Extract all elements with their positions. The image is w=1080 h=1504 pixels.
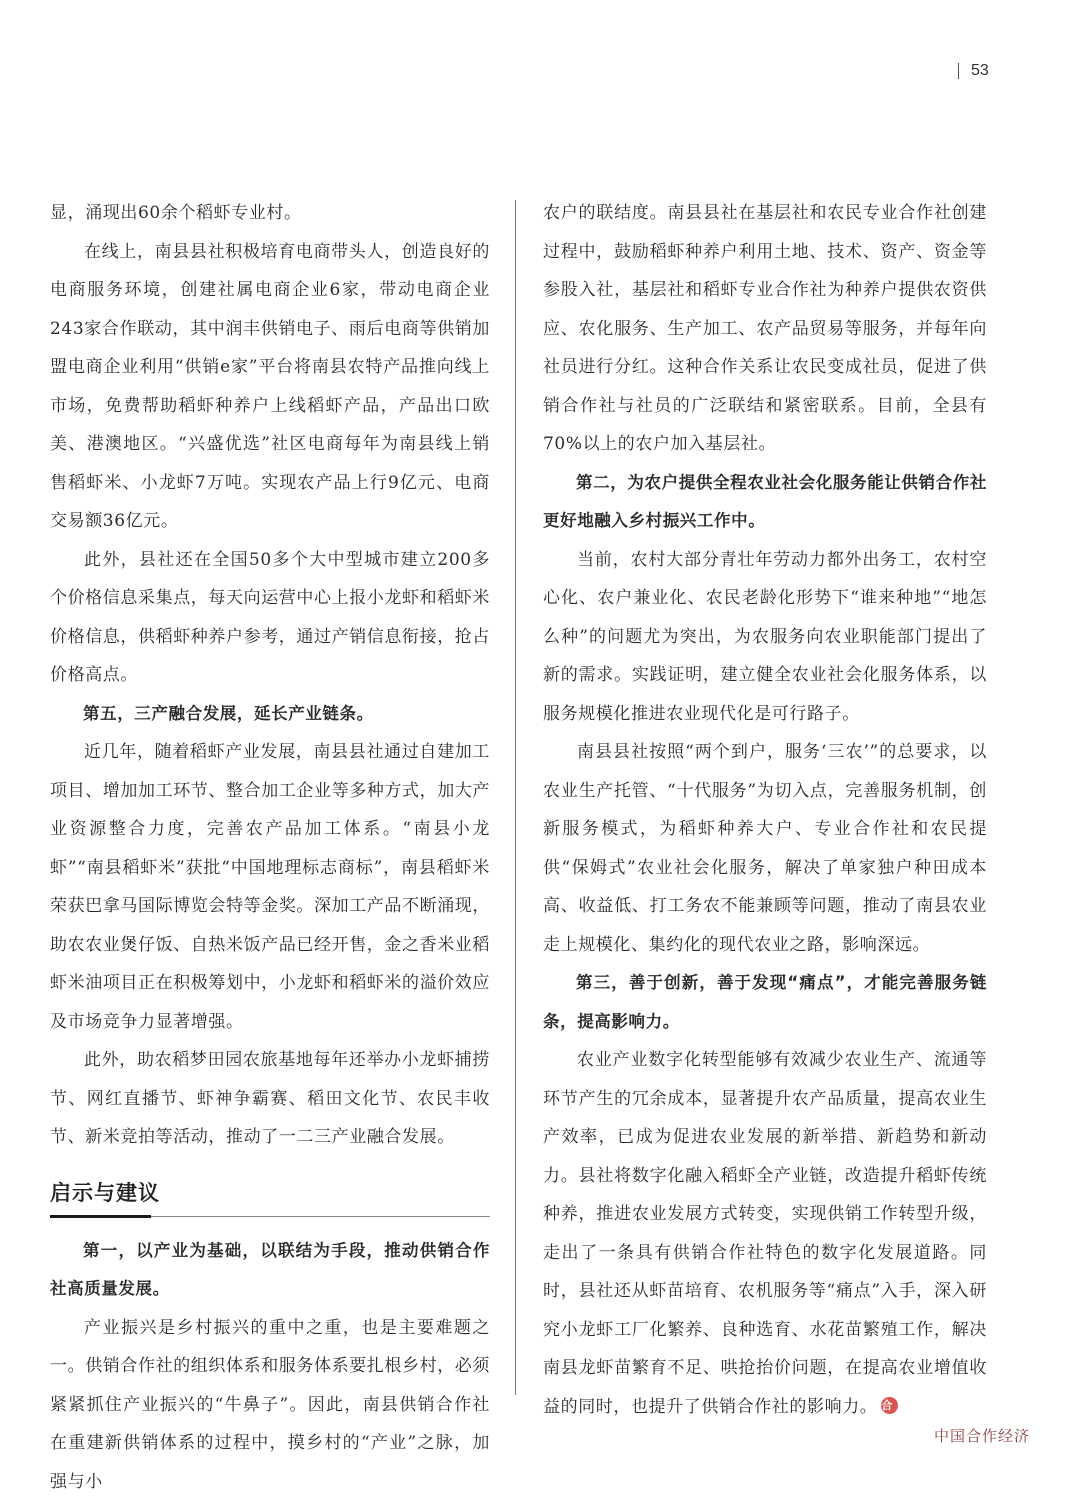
subheading: 第一，以产业为基础，以联结为手段，推动供销合作社高质量发展。	[50, 1232, 490, 1309]
paragraph: 此外，县社还在全国50多个大中型城市建立200多个价格信息采集点，每天向运营中心…	[50, 541, 490, 695]
paragraph: 近几年，随着稻虾产业发展，南县县社通过自建加工项目、增加加工环节、整合加工企业等…	[50, 733, 490, 1041]
footer-brand: 中国合作经济	[934, 1425, 1030, 1446]
paragraph: 农户的联结度。南县县社在基层社和农民专业合作社创建过程中，鼓励稻虾种养户利用土地…	[543, 194, 987, 464]
page-number-value: 53	[971, 62, 989, 80]
subheading: 第三，善于创新，善于发现“痛点”，才能完善服务链条，提高影响力。	[543, 964, 987, 1041]
page-number: 53	[958, 62, 989, 80]
paragraph: 当前，农村大部分青壮年劳动力都外出务工，农村空心化、农户兼业化、农民老龄化形势下…	[543, 541, 987, 734]
page-number-separator	[958, 63, 959, 79]
paragraph: 南县县社按照“两个到户，服务‘三农’”的总要求，以农业生产托管、“十代服务”为切…	[543, 733, 987, 964]
paragraph: 显，涌现出60余个稻虾专业村。	[50, 194, 490, 233]
paragraph: 在线上，南县县社积极培育电商带头人，创造良好的电商服务环境，创建社属电商企业6家…	[50, 233, 490, 541]
rule-thick-accent	[50, 1215, 151, 1218]
column-divider	[515, 200, 516, 1395]
right-column: 农户的联结度。南县县社在基层社和农民专业合作社创建过程中，鼓励稻虾种养户利用土地…	[543, 194, 987, 1426]
left-column: 显，涌现出60余个稻虾专业村。 在线上，南县县社积极培育电商带头人，创造良好的电…	[50, 194, 490, 1501]
section-heading: 启示与建议	[50, 1177, 490, 1218]
subheading: 第五，三产融合发展，延长产业链条。	[50, 695, 490, 734]
paragraph: 产业振兴是乡村振兴的重中之重，也是主要难题之一。供销合作社的组织体系和服务体系要…	[50, 1309, 490, 1502]
paragraph-last: 农业产业数字化转型能够有效减少农业生产、流通等环节产生的冗余成本，显著提升农产品…	[543, 1041, 987, 1426]
paragraph-text: 农业产业数字化转型能够有效减少农业生产、流通等环节产生的冗余成本，显著提升农产品…	[543, 1050, 987, 1417]
section-heading-title: 启示与建议	[50, 1177, 490, 1209]
paragraph: 此外，助农稻梦田园农旅基地每年还举办小龙虾捕捞节、网红直播节、虾神争霸赛、稻田文…	[50, 1041, 490, 1157]
article-end-logo-icon: 合	[881, 1397, 898, 1414]
section-heading-rule	[50, 1215, 490, 1218]
subheading: 第二，为农户提供全程农业社会化服务能让供销合作社更好地融入乡村振兴工作中。	[543, 464, 987, 541]
